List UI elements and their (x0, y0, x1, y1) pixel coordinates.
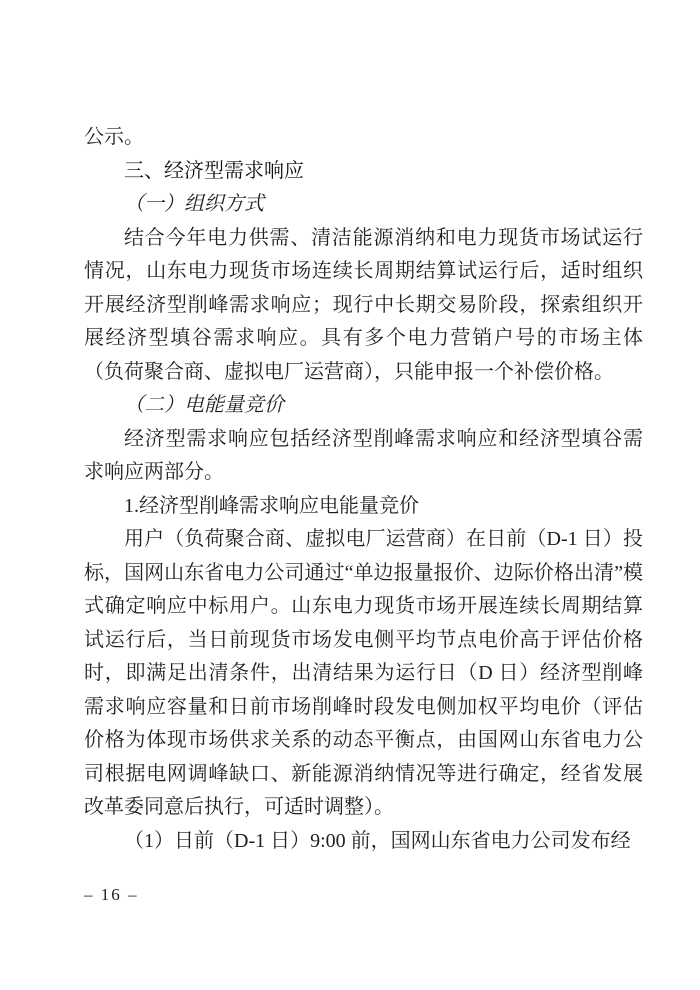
continued-paragraph: 公示。 (84, 121, 643, 155)
section-heading: 三、经济型需求响应 (84, 155, 643, 189)
page-number: – 16 – (84, 885, 139, 905)
subsection-heading-2: （二）电能量竞价 (84, 389, 643, 423)
document-body: 公示。 三、经济型需求响应 （一）组织方式 结合今年电力供需、清洁能源消纳和电力… (84, 121, 643, 858)
numbered-subheading: 1.经济型削峰需求响应电能量竞价 (84, 490, 643, 524)
subsection-heading-1: （一）组织方式 (84, 188, 643, 222)
body-paragraph-2: 经济型需求响应包括经济型削峰需求响应和经济型填谷需求响应两部分。 (84, 423, 643, 490)
document-page: 公示。 三、经济型需求响应 （一）组织方式 结合今年电力供需、清洁能源消纳和电力… (0, 0, 700, 990)
body-paragraph-3: 用户（负荷聚合商、虚拟电厂运营商）在日前（D-1 日）投标，国网山东省电力公司通… (84, 523, 643, 825)
body-paragraph-4: （1）日前（D-1 日）9:00 前，国网山东省电力公司发布经 (84, 825, 643, 859)
body-paragraph-1: 结合今年电力供需、清洁能源消纳和电力现货市场试运行情况，山东电力现货市场连续长周… (84, 222, 643, 390)
